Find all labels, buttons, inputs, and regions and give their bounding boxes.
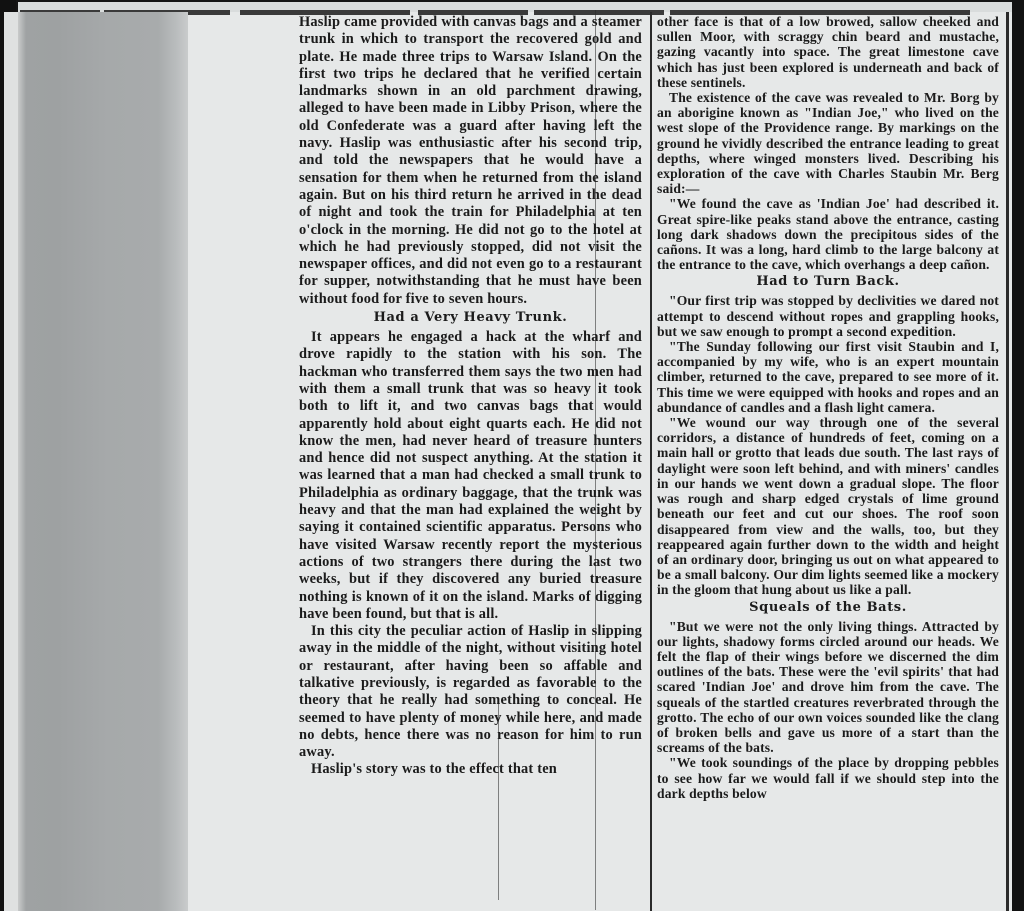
article-paragraph: other face is that of a low browed, sall… bbox=[657, 14, 999, 90]
scanned-page: Haslip came provided with canvas bags an… bbox=[0, 0, 1024, 911]
article-paragraph: "Our first trip was stopped by decliviti… bbox=[657, 293, 999, 339]
column-divider bbox=[650, 12, 652, 911]
article-paragraph: "The Sunday following our first visit St… bbox=[657, 339, 999, 415]
article-paragraph: The existence of the cave was revealed t… bbox=[657, 90, 999, 196]
binding-shadow bbox=[18, 12, 188, 911]
article-paragraph: "We took soundings of the place by dropp… bbox=[657, 755, 999, 801]
left-margin-edge bbox=[4, 12, 18, 911]
right-border bbox=[1012, 0, 1024, 911]
article-paragraph: It appears he engaged a hack at the whar… bbox=[299, 329, 642, 623]
right-article-column: other face is that of a low browed, sall… bbox=[657, 14, 999, 801]
section-heading: Had to Turn Back. bbox=[657, 274, 999, 290]
section-heading: Squeals of the Bats. bbox=[657, 600, 999, 616]
article-paragraph: "We wound our way through one of the sev… bbox=[657, 415, 999, 597]
column-divider bbox=[1006, 12, 1009, 911]
article-paragraph: Haslip's story was to the effect that te… bbox=[299, 761, 642, 778]
article-paragraph: "We found the cave as 'Indian Joe' had d… bbox=[657, 196, 999, 272]
section-heading: Had a Very Heavy Trunk. bbox=[299, 310, 642, 326]
article-paragraph: In this city the peculiar action of Hasl… bbox=[299, 623, 642, 761]
left-article-column: Haslip came provided with canvas bags an… bbox=[299, 14, 642, 779]
article-paragraph: "But we were not the only living things.… bbox=[657, 619, 999, 756]
article-paragraph: Haslip came provided with canvas bags an… bbox=[299, 14, 642, 308]
